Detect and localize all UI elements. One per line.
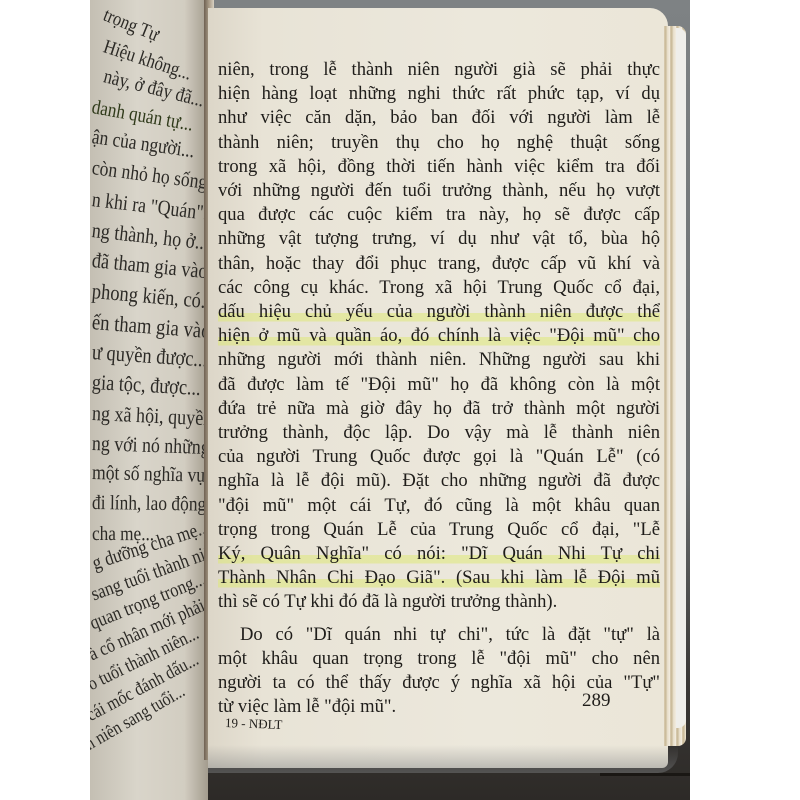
left-page-text-fragment: ng với nó những... [92,431,208,461]
left-page-text-fragment: ến tham gia vào... [91,309,208,345]
book-photo: trọng TựHiệu không...này, ở đây đã...dan… [0,0,800,800]
text-line: với những người đến tuổi trưởng thành, n… [218,179,660,203]
highlighted-text-line: Ký, Quân Nghĩa" có nói: "Dĩ Quán Nhi Tự … [218,542,660,566]
text-line: trưởng thành, độc lập. Do vậy mà lễ thàn… [218,421,660,445]
text-line: của người Trung Quốc được gọi là "Quán L… [218,445,660,469]
text-line: những vật tượng trưng, ví dụ như vật tổ,… [218,227,660,251]
right-page-text: niên, trong lễ thành niên người già sẽ p… [218,58,660,719]
text-line: hiện hàng loạt những nghi thức rất phức … [218,82,660,106]
text-line: thì sẽ có Tự khi đó đã là người trưởng t… [218,590,660,614]
highlighted-text-line: dấu hiệu chủ yếu của người thành niên đư… [218,300,660,324]
highlighted-text-line: hiện ở mũ và quần áo, đó chính là việc "… [218,324,660,348]
text-line: trọng trong Quán Lễ của Trung Quốc cổ đạ… [218,518,660,542]
text-line: một khâu quan trọng trong lễ "đội mũ" ch… [218,647,660,671]
page-shadow [208,745,678,773]
text-line: nghĩa là lễ đội mũ). Đặt cho những người… [218,469,660,493]
left-page-text-fragment: phong kiến, có... [91,279,208,315]
page-number: 289 [582,690,611,712]
left-page-text-fragment: đi lính, lao động... [92,492,208,517]
back-cover-edge [676,28,686,728]
text-line: đứa trẻ nữa mà giờ đây họ đã trở thành m… [218,397,660,421]
text-line: đã được làm tế "Đội mũ" họ đã không còn … [218,373,660,397]
text-line: thành niên; truyền thụ cho họ nghệ thuật… [218,131,660,155]
text-line: những người mới thành niên. Những người … [218,348,660,372]
left-page-curved: trọng TựHiệu không...này, ở đây đã...dan… [90,0,208,800]
text-line: niên, trong lễ thành niên người già sẽ p… [218,58,660,82]
text-line: Do có "Dĩ quán nhi tự chi", tức là đặt "… [218,623,660,647]
highlighted-text-line: Thành Nhân Chi Đạo Giã". (Sau khi làm lễ… [218,566,660,590]
signature-mark: 19 - NĐLT [225,715,283,733]
text-line: trong xã hội, đồng thời tiến hành việc k… [218,155,660,179]
table-seam [600,773,690,776]
left-page-text-fragment: ư quyền được... [91,340,208,373]
text-line: các công cụ khác. Trong xã hội Trung Quố… [218,276,660,300]
text-line: qua được các cuộc kiểm tra này, họ sẽ đư… [218,203,660,227]
left-page-text-fragment: gia tộc, được... [91,370,201,401]
left-page-text-fragment: ng xã hội, quyền... [91,401,208,432]
left-page-text-fragment: một số nghĩa vụ... [92,462,208,488]
paragraph-gap [218,615,660,623]
text-line: như việc căn dặn, bảo ban đối với người … [218,106,660,130]
text-line: "đội mũ" một cái Tự, đó cũng là một khâu… [218,494,660,518]
text-line: thân, hoặc thay đổi phục trang, được cấp… [218,252,660,276]
